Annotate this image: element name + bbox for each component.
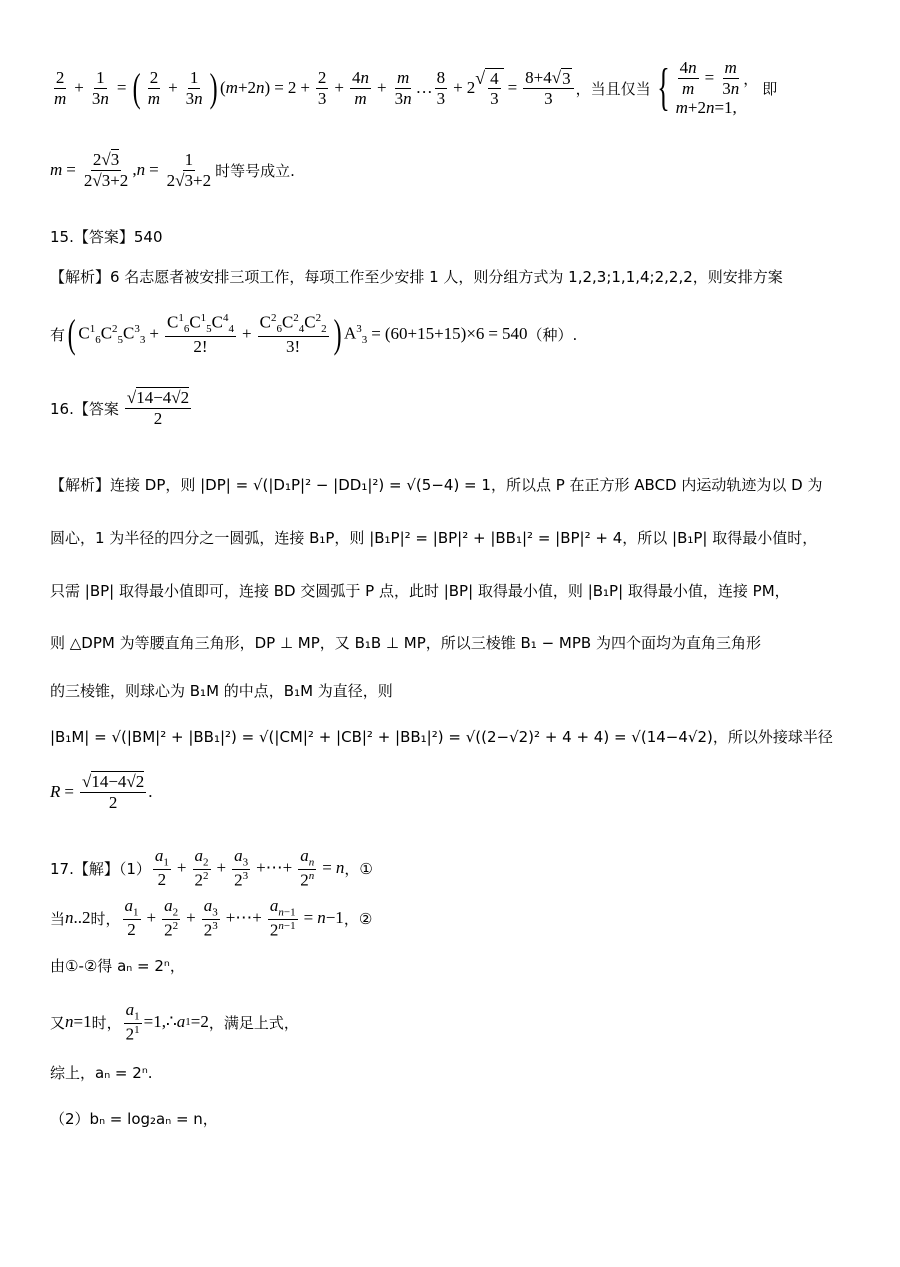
fraction: 2m [52, 68, 68, 108]
q17-eq1: 17.【解】（1） a12+ a222+ a323+⋯+ an2n =n，① [50, 846, 373, 890]
q15-analysis-line2: 有 ( C16C25C33 + C16C15C442! + C26C24C223… [50, 312, 577, 356]
q16-line4: 则 △DPM 为等腰直角三角形，DP ⊥ MP，又 B₁B ⊥ MP，所以三棱锥… [50, 632, 761, 653]
q16-line5: 的三棱锥，则球心为 B₁M 的中点，B₁M 为直径，则 [50, 680, 393, 701]
q15-analysis-line1: 【解析】6 名志愿者被安排三项工作，每项工作至少安排 1 人，则分组方式为 1,… [50, 266, 783, 287]
q17-eq2: 当n..2时， a12+ a222+ a323+⋯+ an−12n−1 =n−1… [50, 896, 372, 940]
text-when: ，当且仅当 [576, 78, 651, 99]
q16-radius: R= √14−4√2 2 . [50, 772, 153, 812]
q16-line6: |B₁M| = √(|BM|² + |BB₁|²) = √(|CM|² + |C… [50, 726, 833, 747]
answer-value: √14−4√2 2 [125, 388, 191, 428]
q16-line2: 圆心，1 为半径的四分之一圆弧，连接 B₁P，则 |B₁P|² = |BP|² … [50, 527, 817, 548]
text-ie: 即 [762, 78, 777, 99]
q16-line1: 【解析】连接 DP，则 |DP| = √(|D₁P|² − |DD₁|²) = … [50, 474, 822, 495]
q14-inequality-line: 2m + 13n = ( 2m + 13n ) (m+2n) =2+ 23 + … [50, 58, 777, 118]
equality-text: 时等号成立. [215, 160, 295, 181]
q17-conclusion: 综上，aₙ = 2ⁿ. [50, 1062, 153, 1083]
q17-derive: 由①-②得 aₙ = 2ⁿ， [50, 955, 185, 976]
q15-answer: 15.【答案】540 [50, 226, 163, 247]
equation-system: 4nm = m3n， m+2n=1, [676, 58, 759, 118]
q16-line3: 只需 |BP| 取得最小值即可，连接 BD 交圆弧于 P 点，此时 |BP| 取… [50, 580, 790, 601]
q16-answer: 16.【答案 √14−4√2 2 [50, 388, 193, 428]
q17-base-case: 又n=1时， a121 =1,∴a1=2，满足上式， [50, 1000, 299, 1044]
q14-equality-line: m= 2√32√3+2 ,n= 12√3+2 时等号成立. [50, 150, 295, 190]
q17-part2: （2）bₙ = log₂aₙ = n， [50, 1108, 218, 1129]
sqrt: √43 [475, 68, 503, 109]
